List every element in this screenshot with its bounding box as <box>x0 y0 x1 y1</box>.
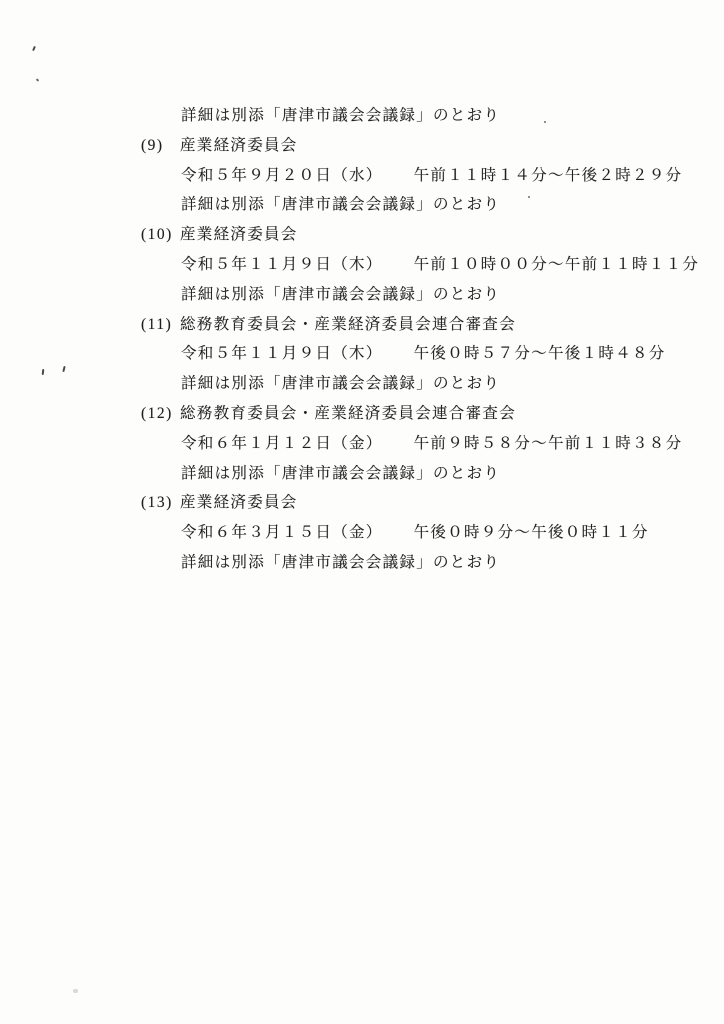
meeting-date: 令和５年１１月９日（木） <box>181 345 383 362</box>
scan-speck <box>544 121 546 123</box>
item-12-datetime: 令和６年１月１２日（金）午前９時５８分～午前１１時３８分 <box>0 429 724 459</box>
committee-title: 産業経済委員会 <box>180 494 298 511</box>
detail-note: 詳細は別添「唐津市議会会議録」のとおり <box>0 280 724 310</box>
detail-note: 詳細は別添「唐津市議会会議録」のとおり <box>0 101 724 131</box>
item-11-header: (11) 総務教育委員会・産業経済委員会連合審査会 <box>0 310 724 340</box>
item-number: (9) <box>141 131 164 161</box>
item-9-header: (9) 産業経済委員会 <box>0 131 724 161</box>
detail-note: 詳細は別添「唐津市議会会議録」のとおり <box>0 548 724 578</box>
committee-title: 産業経済委員会 <box>180 226 298 243</box>
item-13-header: (13) 産業経済委員会 <box>0 488 724 518</box>
item-number: (13) <box>141 488 173 518</box>
scan-speck <box>668 174 670 176</box>
meeting-date: 令和５年９月２０日（水） <box>181 167 383 184</box>
scan-speck <box>32 46 36 51</box>
scan-speck <box>528 196 530 198</box>
meeting-time: 午前１０時００分～午前１１時１１分 <box>414 256 700 273</box>
item-11-datetime: 令和５年１１月９日（木）午後０時５７分～午後１時４８分 <box>0 339 724 369</box>
scan-speck <box>73 989 78 993</box>
item-number: (10) <box>141 220 173 250</box>
committee-title: 総務教育委員会・産業経済委員会連合審査会 <box>180 405 516 422</box>
item-number: (11) <box>141 310 172 340</box>
meeting-date: 令和６年３月１５日（金） <box>181 524 383 541</box>
detail-note: 詳細は別添「唐津市議会会議録」のとおり <box>0 369 724 399</box>
item-number: (12) <box>141 399 173 429</box>
meeting-date: 令和５年１１月９日（木） <box>181 256 383 273</box>
detail-note: 詳細は別添「唐津市議会会議録」のとおり <box>0 459 724 489</box>
detail-note: 詳細は別添「唐津市議会会議録」のとおり <box>0 190 724 220</box>
meeting-time: 午前９時５８分～午前１１時３８分 <box>414 435 683 452</box>
scanned-document-page: 詳細は別添「唐津市議会会議録」のとおり (9) 産業経済委員会 令和５年９月２０… <box>0 0 724 1024</box>
item-9-datetime: 令和５年９月２０日（水）午前１１時１４分～午後２時２９分 <box>0 161 724 191</box>
item-12-header: (12) 総務教育委員会・産業経済委員会連合審査会 <box>0 399 724 429</box>
committee-title: 産業経済委員会 <box>180 137 298 154</box>
item-13-datetime: 令和６年３月１５日（金）午後０時９分～午後０時１１分 <box>0 518 724 548</box>
document-body: 詳細は別添「唐津市議会会議録」のとおり (9) 産業経済委員会 令和５年９月２０… <box>0 101 724 578</box>
scan-speck <box>36 78 40 81</box>
meeting-date: 令和６年１月１２日（金） <box>181 435 383 452</box>
item-10-header: (10) 産業経済委員会 <box>0 220 724 250</box>
meeting-time: 午前１１時１４分～午後２時２９分 <box>414 167 683 184</box>
item-10-datetime: 令和５年１１月９日（木）午前１０時００分～午前１１時１１分 <box>0 250 724 280</box>
meeting-time: 午後０時９分～午後０時１１分 <box>414 524 649 541</box>
meeting-time: 午後０時５７分～午後１時４８分 <box>414 345 666 362</box>
committee-title: 総務教育委員会・産業経済委員会連合審査会 <box>180 316 516 333</box>
